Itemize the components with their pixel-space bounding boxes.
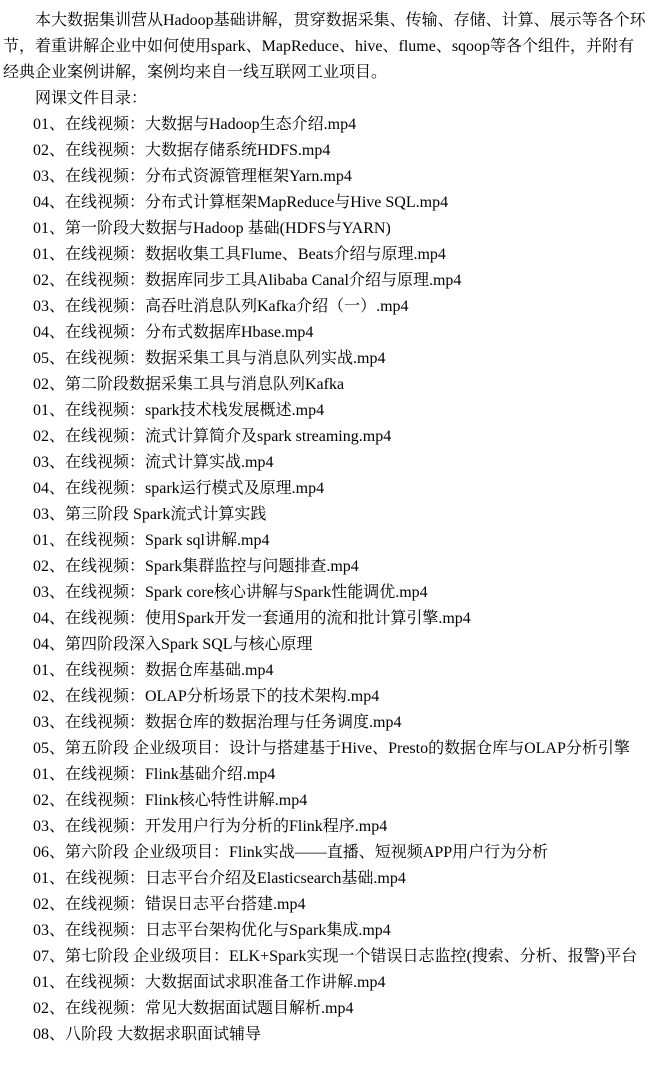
list-item: 02、在线视频：大数据存储系统HDFS.mp4 <box>33 138 648 164</box>
list-item: 02、在线视频：常见大数据面试题目解析.mp4 <box>33 996 648 1022</box>
list-item: 03、在线视频：Spark core核心讲解与Spark性能调优.mp4 <box>33 580 648 606</box>
list-item: 03、在线视频：日志平台架构优化与Spark集成.mp4 <box>33 918 648 944</box>
list-item: 01、在线视频：数据收集工具Flume、Beats介绍与原理.mp4 <box>33 242 648 268</box>
list-item: 01、第一阶段大数据与Hadoop 基础(HDFS与YARN) <box>33 216 648 242</box>
list-item: 01、在线视频：大数据面试求职准备工作讲解.mp4 <box>33 970 648 996</box>
list-item: 02、在线视频：Flink核心特性讲解.mp4 <box>33 788 648 814</box>
list-item: 03、在线视频：流式计算实战.mp4 <box>33 450 648 476</box>
list-item: 04、在线视频：使用Spark开发一套通用的流和批计算引擎.mp4 <box>33 606 648 632</box>
list-item: 03、在线视频：开发用户行为分析的Flink程序.mp4 <box>33 814 648 840</box>
list-item: 06、第六阶段 企业级项目：Flink实战——直播、短视频APP用户行为分析 <box>33 840 648 866</box>
list-item: 02、在线视频：数据库同步工具Alibaba Canal介绍与原理.mp4 <box>33 268 648 294</box>
list-item: 01、在线视频：数据仓库基础.mp4 <box>33 658 648 684</box>
document-page: 本大数据集训营从Hadoop基础讲解，贯穿数据采集、传输、存储、计算、展示等各个… <box>0 0 650 1076</box>
list-item: 04、第四阶段深入Spark SQL与核心原理 <box>33 632 648 658</box>
list-item: 02、第二阶段数据采集工具与消息队列Kafka <box>33 372 648 398</box>
list-item: 04、在线视频：spark运行模式及原理.mp4 <box>33 476 648 502</box>
list-item: 08、八阶段 大数据求职面试辅导 <box>33 1022 648 1048</box>
list-item: 03、在线视频：数据仓库的数据治理与任务调度.mp4 <box>33 710 648 736</box>
list-item: 02、在线视频：OLAP分析场景下的技术架构.mp4 <box>33 684 648 710</box>
list-item: 07、第七阶段 企业级项目：ELK+Spark实现一个错误日志监控(搜索、分析、… <box>33 944 648 970</box>
intro-paragraph: 本大数据集训营从Hadoop基础讲解，贯穿数据采集、传输、存储、计算、展示等各个… <box>3 8 648 86</box>
list-item: 01、在线视频：大数据与Hadoop生态介绍.mp4 <box>33 112 648 138</box>
list-item: 03、第三阶段 Spark流式计算实践 <box>33 502 648 528</box>
list-item: 01、在线视频：Flink基础介绍.mp4 <box>33 762 648 788</box>
list-item: 01、在线视频：Spark sql讲解.mp4 <box>33 528 648 554</box>
list-item: 01、在线视频：日志平台介绍及Elasticsearch基础.mp4 <box>33 866 648 892</box>
list-item: 04、在线视频：分布式计算框架MapReduce与Hive SQL.mp4 <box>33 190 648 216</box>
list-item: 01、在线视频：spark技术栈发展概述.mp4 <box>33 398 648 424</box>
list-item: 02、在线视频：Spark集群监控与问题排查.mp4 <box>33 554 648 580</box>
list-item: 04、在线视频：分布式数据库Hbase.mp4 <box>33 320 648 346</box>
list-item: 05、第五阶段 企业级项目：设计与搭建基于Hive、Presto的数据仓库与OL… <box>33 736 648 762</box>
list-item: 03、在线视频：高吞吐消息队列Kafka介绍（一）.mp4 <box>33 294 648 320</box>
list-item: 03、在线视频：分布式资源管理框架Yarn.mp4 <box>33 164 648 190</box>
catalog-heading: 网课文件目录： <box>3 86 648 112</box>
course-file-list: 01、在线视频：大数据与Hadoop生态介绍.mp4 02、在线视频：大数据存储… <box>3 112 648 1048</box>
list-item: 05、在线视频：数据采集工具与消息队列实战.mp4 <box>33 346 648 372</box>
list-item: 02、在线视频：流式计算简介及spark streaming.mp4 <box>33 424 648 450</box>
list-item: 02、在线视频：错误日志平台搭建.mp4 <box>33 892 648 918</box>
